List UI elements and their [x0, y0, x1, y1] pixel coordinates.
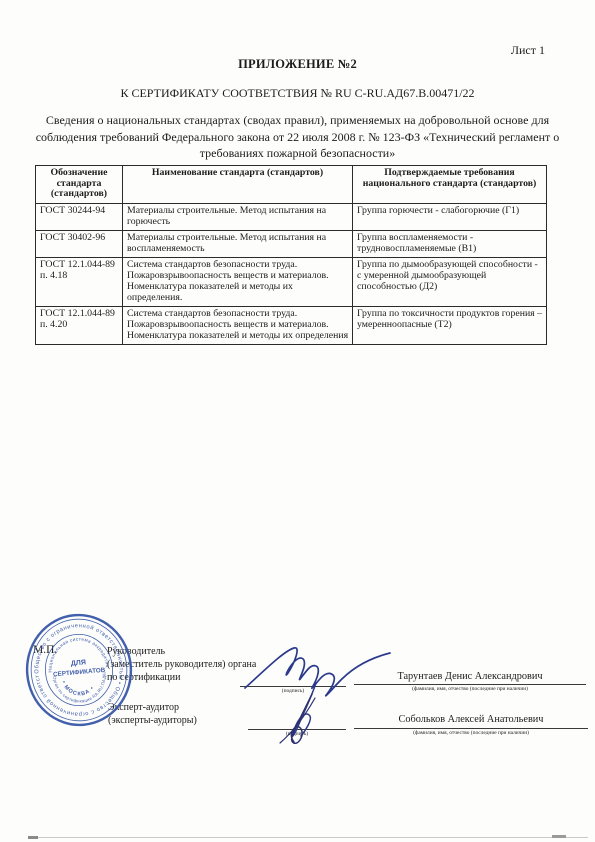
- table-row: ГОСТ 12.1.044-89 п. 4.20 Система стандар…: [36, 306, 547, 344]
- handwritten-signatures-icon: [242, 636, 398, 754]
- std-requirements-cell: Группа воспламеняемости - трудновоспламе…: [353, 230, 547, 257]
- std-designation-cell: ГОСТ 30402-96: [36, 230, 123, 257]
- std-name-cell: Материалы строительные. Метод испытания …: [123, 230, 353, 257]
- certificate-appendix-page: Лист 1 ПРИЛОЖЕНИЕ №2 К СЕРТИФИКАТУ СООТВ…: [0, 0, 595, 842]
- stamp-center-line1: ДЛЯ: [70, 658, 86, 667]
- round-stamp-icon: Общество с ограниченной ответственностью…: [19, 606, 139, 733]
- page-title: ПРИЛОЖЕНИЕ №2: [0, 57, 595, 72]
- std-designation-cell: ГОСТ 12.1.044-89 п. 4.18: [36, 257, 123, 306]
- std-designation-cell: ГОСТ 30244-94: [36, 203, 123, 230]
- std-requirements-cell: Группа по дымообразующей способности - с…: [353, 257, 547, 306]
- intro-paragraph: Сведения о национальных стандартах (свод…: [30, 112, 565, 162]
- std-name-cell: Система стандартов безопасности труда. П…: [123, 306, 353, 344]
- table-row: ГОСТ 30402-96 Материалы строительные. Ме…: [36, 230, 547, 257]
- std-requirements-cell: Группа по токсичности продуктов горения …: [353, 306, 547, 344]
- std-requirements-cell: Группа горючести - слабогорючие (Г1): [353, 203, 547, 230]
- sheet-number: Лист 1: [511, 43, 545, 58]
- std-name-cell: Система стандартов безопасности труда. П…: [123, 257, 353, 306]
- scan-corner-mark-right: [552, 835, 566, 838]
- stamp-center-line2: СЕРТИФИКАТОВ: [53, 667, 106, 679]
- table-row: ГОСТ 30244-94 Материалы строительные. Ме…: [36, 203, 547, 230]
- col-header-requirements: Подтверждаемые требования национального …: [353, 166, 547, 204]
- scan-corner-mark-left: [28, 836, 38, 839]
- col-header-name: Наименование стандарта (стандартов): [123, 166, 353, 204]
- col-header-designation: Обозначение стандарта (стандартов): [36, 166, 123, 204]
- standards-table: Обозначение стандарта (стандартов) Наиме…: [35, 165, 546, 345]
- table-header-row: Обозначение стандарта (стандартов) Наиме…: [36, 166, 547, 204]
- table-row: ГОСТ 12.1.044-89 п. 4.18 Система стандар…: [36, 257, 547, 306]
- std-name-cell: Материалы строительные. Метод испытания …: [123, 203, 353, 230]
- std-designation-cell: ГОСТ 12.1.044-89 п. 4.20: [36, 306, 123, 344]
- scan-bottom-edge: [28, 837, 588, 838]
- certificate-number-line: К СЕРТИФИКАТУ СООТВЕТСТВИЯ № RU С-RU.АД6…: [0, 86, 595, 101]
